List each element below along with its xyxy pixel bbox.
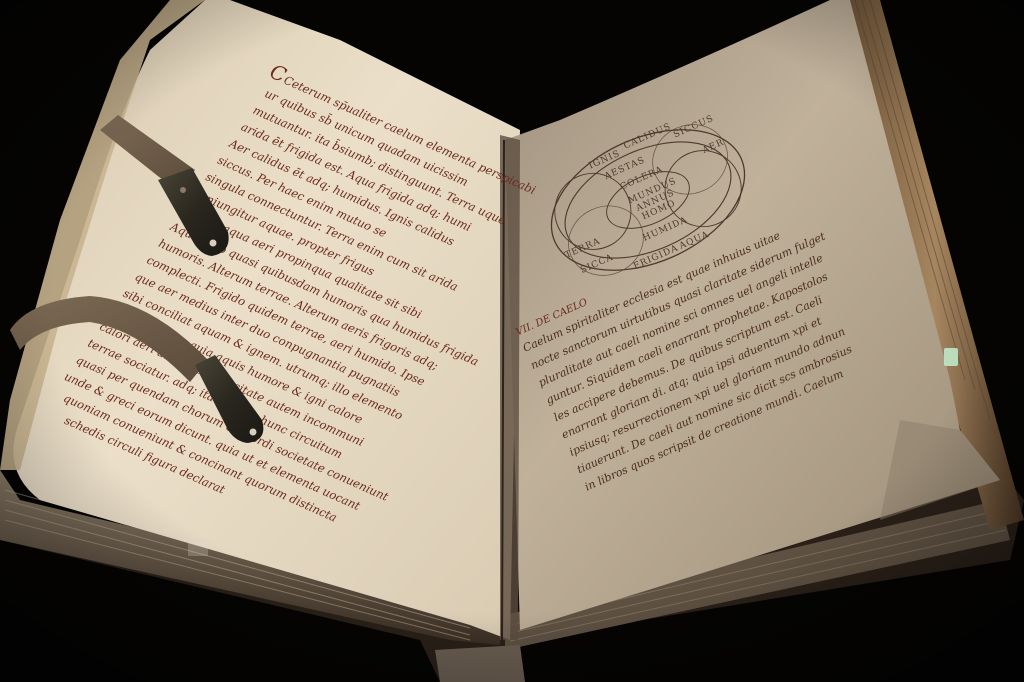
manuscript-photo: C Ceterum sp̄ualiter caelum elementa per… [0,0,1024,682]
vignette [0,0,1024,682]
